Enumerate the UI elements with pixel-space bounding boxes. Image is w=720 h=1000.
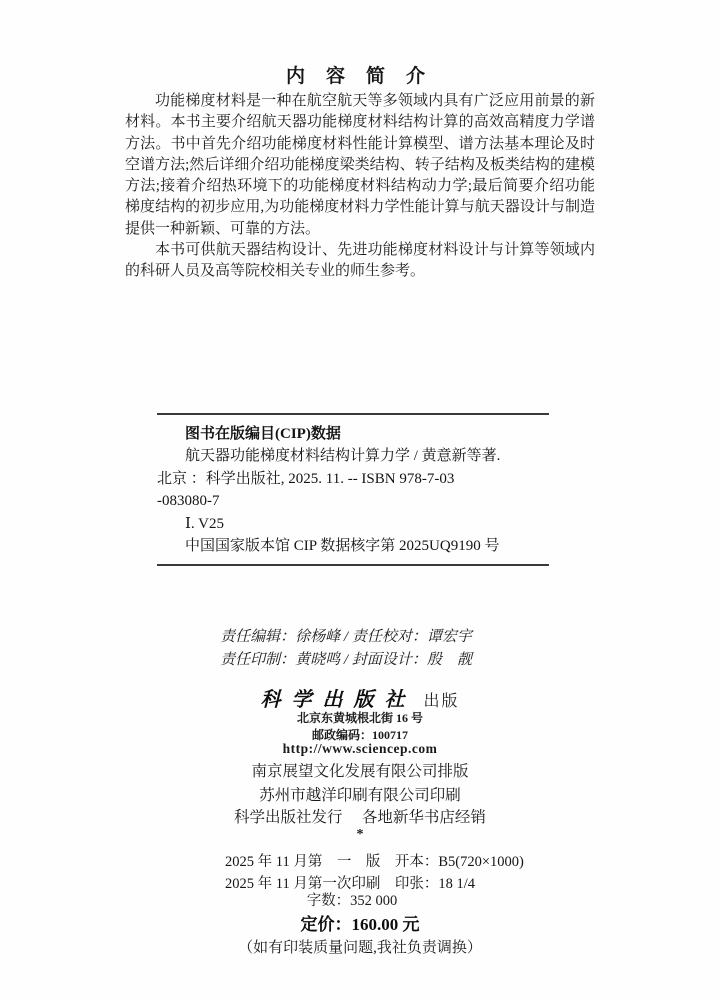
cip-publisher-isbn-line: 北京 ：科学出版社, 2025. 11. -- ISBN 978-7-03 (157, 468, 549, 490)
word-count-line: 字数：352 000 (0, 889, 712, 910)
typesetting-company: 南京展望文化发展有限公司排版 (0, 759, 720, 781)
quality-notice-line: （如有印装质量问题,我社负责调换） (0, 936, 720, 957)
credits-editor-proofreader: 责任编辑：徐杨峰 / 责任校对：谭宏宇 (0, 626, 692, 649)
cip-classification-line: Ⅰ. V25 (157, 513, 549, 535)
cip-title-author-line: 航天器功能梯度材料结构计算力学 / 黄意新等著. (157, 445, 549, 467)
staff-credits: 责任编辑：徐杨峰 / 责任校对：谭宏宇 责任印制：黄晓鸣 / 封面设计：殷 靓 (0, 626, 692, 672)
page-title: 内 容 简 介 (0, 61, 712, 88)
price-line: 定价：160.00 元 (0, 910, 720, 935)
book-copyright-page: 内 容 简 介 功能梯度材料是一种在航空航天等多领域内具有广泛应用前景的新材料。… (0, 0, 720, 1000)
separator-asterisk: * (0, 827, 720, 843)
cip-record-number-line: 中国国家版本馆 CIP 数据核字第 2025UQ9190 号 (157, 535, 549, 557)
summary-paragraph-2: 本书可供航天器结构设计、先进功能梯度材料设计与计算等领域内的科研人员及高等院校相… (125, 240, 595, 283)
publisher-address: 北京东黄城根北街 16 号 (0, 709, 720, 726)
credits-printing-coverdesign: 责任印制：黄晓鸣 / 封面设计：殷 靓 (0, 649, 692, 672)
cip-isbn-continuation-line: -083080-7 (157, 490, 549, 512)
science-press-logo: 科学出版社 (260, 689, 415, 711)
distribution-line: 科学出版社发行 各地新华书店经销 (0, 805, 720, 827)
content-summary: 功能梯度材料是一种在航空航天等多领域内具有广泛应用前景的新材料。本书主要介绍航天… (125, 91, 595, 283)
publish-label: 出版 (423, 693, 459, 710)
cip-data-block: 图书在版编目(CIP)数据 航天器功能梯度材料结构计算力学 / 黄意新等著. 北… (157, 413, 549, 566)
edition-format-line: 2025 年 11 月第 一 版 开本：B5(720×1000) (225, 851, 524, 873)
printing-company: 苏州市越洋印刷有限公司印刷 (0, 783, 720, 805)
summary-paragraph-1: 功能梯度材料是一种在航空航天等多领域内具有广泛应用前景的新材料。本书主要介绍航天… (125, 91, 595, 240)
cip-heading: 图书在版编目(CIP)数据 (157, 423, 549, 445)
publisher-imprint-line: 科学出版社 出版 (0, 683, 720, 712)
publisher-website: http://www.sciencep.com (0, 741, 720, 757)
